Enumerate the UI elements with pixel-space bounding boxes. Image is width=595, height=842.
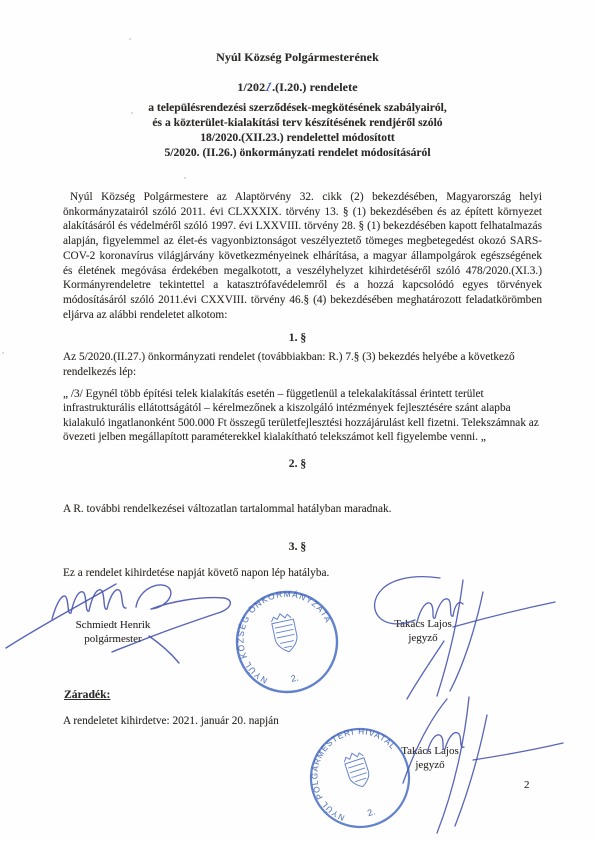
subject-line-2: és a közterület-kialakítási terv készíté… (0, 115, 595, 130)
section-1-quote: „ /3/ Egynél több építési telek kialakít… (63, 387, 542, 445)
council-stamp: NYÚL KÖZSÉG ÖNKORMÁNYZATA 2. (231, 586, 343, 698)
office-stamp-number: 2. (366, 806, 376, 818)
notary-clause-name: Takács Lajos (375, 745, 485, 759)
notary-title: jegyző (368, 632, 478, 646)
svg-text:NYÚL KÖZSÉG ÖNKORMÁNYZATA: NYÚL KÖZSÉG ÖNKORMÁNYZATA (231, 586, 343, 690)
council-stamp-ring-text: NYÚL KÖZSÉG ÖNKORMÁNYZATA (231, 586, 343, 690)
section-3-paragraph: Ez a rendelet kihirdetése napját követő … (63, 566, 542, 581)
mayor-signature-block: Schmiedt Henrik polgármester (48, 619, 178, 646)
section-3-heading: 3. § (0, 540, 595, 553)
decree-subject: a településrendezési szerződések-megköté… (0, 100, 595, 160)
notary-signature-block: Takács Lajos jegyző (368, 618, 478, 645)
office-stamp-ring-text: NYÚL POLGÁRMESTERI HIVATAL (304, 722, 415, 828)
section-2-heading: 2. § (0, 457, 595, 470)
scan-speck (129, 38, 131, 40)
mayor-title: polgármester (48, 633, 178, 647)
decree-number-heading: 1/2021.(I.20.) rendelete (0, 80, 595, 95)
mayor-name: Schmiedt Henrik (48, 619, 178, 633)
zaradek-heading: Záradék: (64, 688, 110, 701)
section-1-paragraph: Az 5/2020.(II.27.) önkormányzati rendele… (63, 350, 542, 379)
svg-text:NYÚL POLGÁRMESTERI HIVATAL: NYÚL POLGÁRMESTERI HIVATAL (304, 722, 415, 828)
council-stamp-number: 2. (290, 673, 299, 684)
scan-speck (2, 352, 4, 354)
section-2-paragraph: A R. további rendelkezései változatlan t… (63, 502, 542, 517)
section-1-heading: 1. § (0, 331, 595, 344)
subject-line-1: a településrendezési szerződések-megköté… (0, 100, 595, 115)
subject-line-4: 5/2020. (II.26.) önkormányzati rendelet … (0, 145, 595, 160)
page-number: 2 (524, 779, 530, 791)
office-stamp: NYÚL POLGÁRMESTERI HIVATAL 2. (304, 722, 416, 834)
preamble-paragraph: Nyúl Község Polgármestere az Alaptörvény… (63, 190, 542, 322)
decree-org-heading: Nyúl Község Polgármesterének (0, 50, 595, 65)
decree-number-prefix: 1/202 (237, 80, 265, 94)
scan-speck (184, 177, 186, 179)
subject-line-3: 18/2020.(XII.23.) rendelettel módosított (0, 130, 595, 145)
notary-clause-signature-block: Takács Lajos jegyző (375, 745, 485, 772)
decree-number-suffix: .(I.20.) rendelete (272, 80, 358, 94)
notary-clause-title: jegyző (375, 759, 485, 773)
scanned-decree-page: Nyúl Község Polgármesterének 1/2021.(I.2… (0, 0, 595, 842)
notary-name: Takács Lajos (368, 618, 478, 632)
promulgation-line: A rendeletet kihirdetve: 2021. január 20… (63, 715, 279, 727)
